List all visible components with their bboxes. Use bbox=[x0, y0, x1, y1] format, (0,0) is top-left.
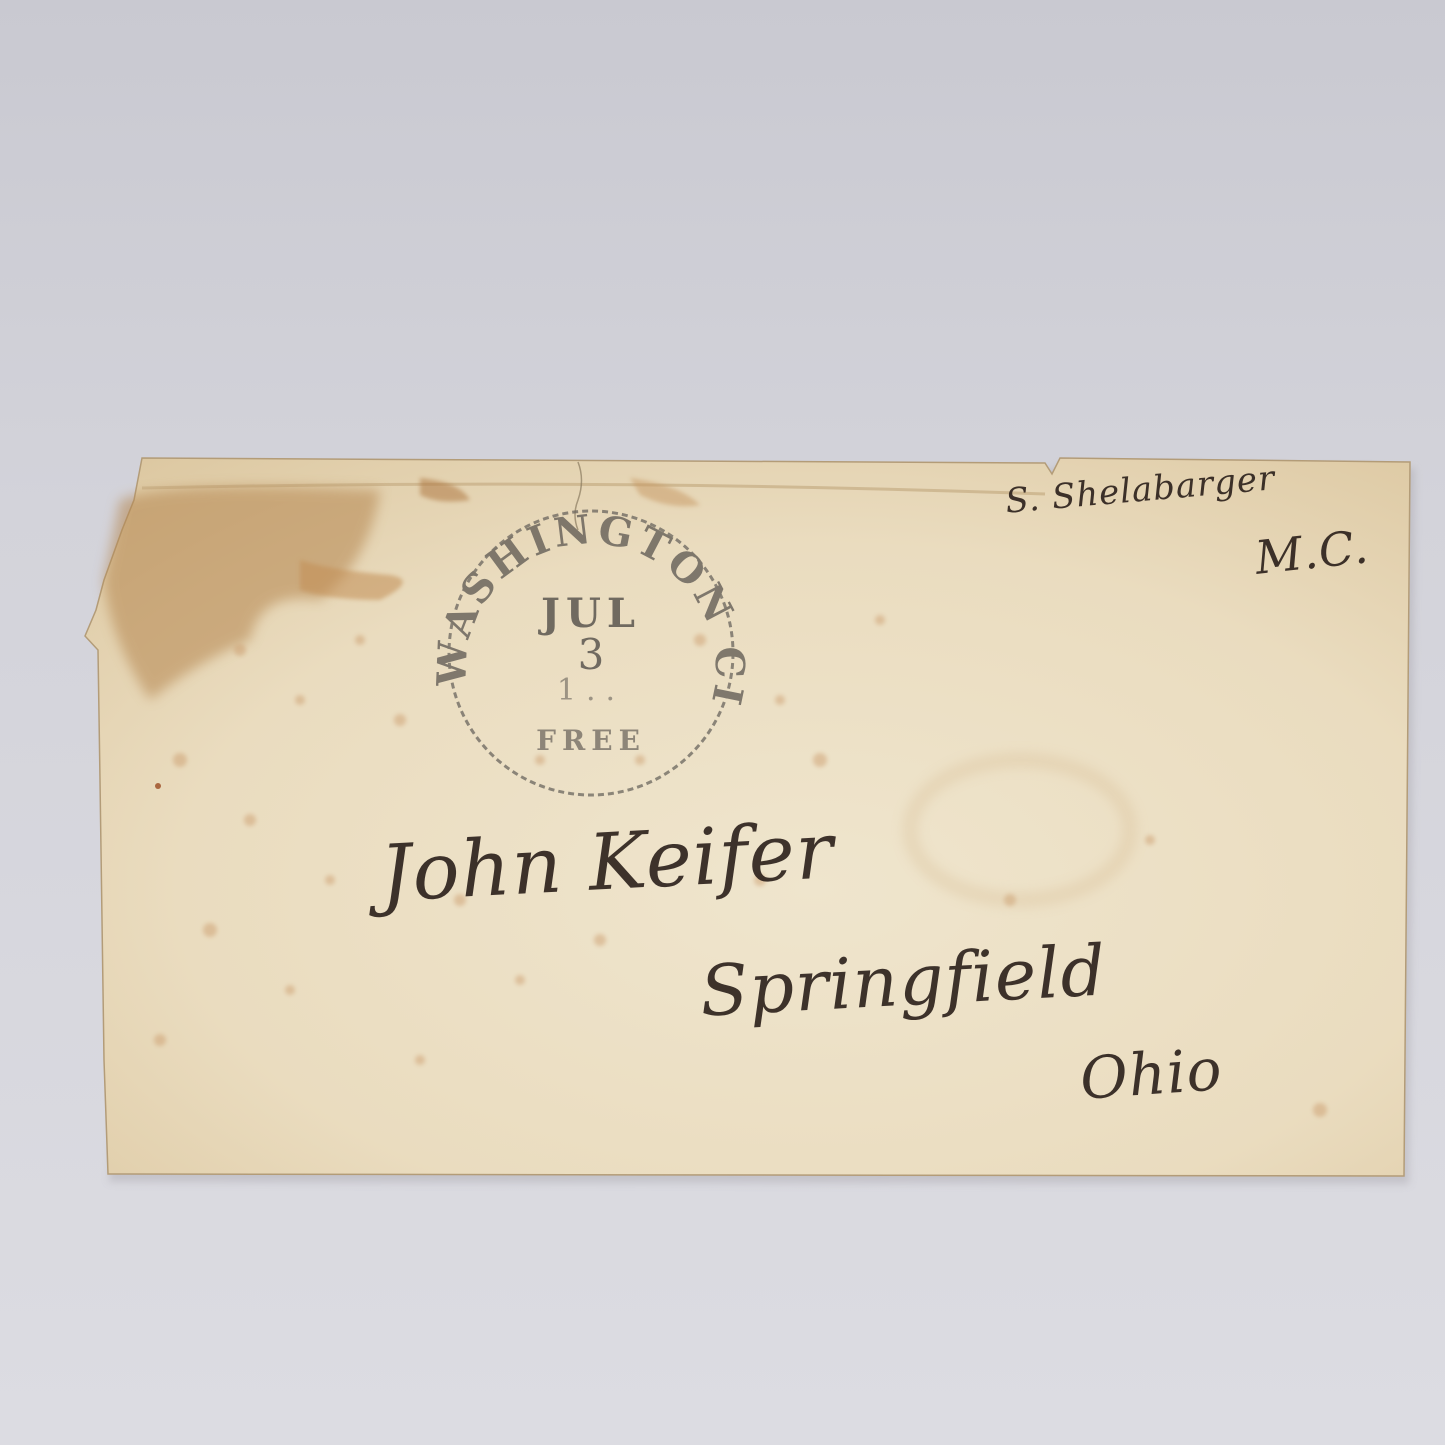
postmark-rate: FREE bbox=[446, 724, 736, 757]
photo-scene: WASHINGTON CITY D.C. JUL 3 1.. FREE S. S… bbox=[0, 0, 1445, 1445]
postmark-year: 1.. bbox=[446, 673, 736, 708]
postmark: JUL 3 1.. FREE bbox=[446, 508, 736, 798]
postmark-day: 3 bbox=[446, 630, 736, 679]
addressee-state: Ohio bbox=[1078, 1035, 1225, 1113]
